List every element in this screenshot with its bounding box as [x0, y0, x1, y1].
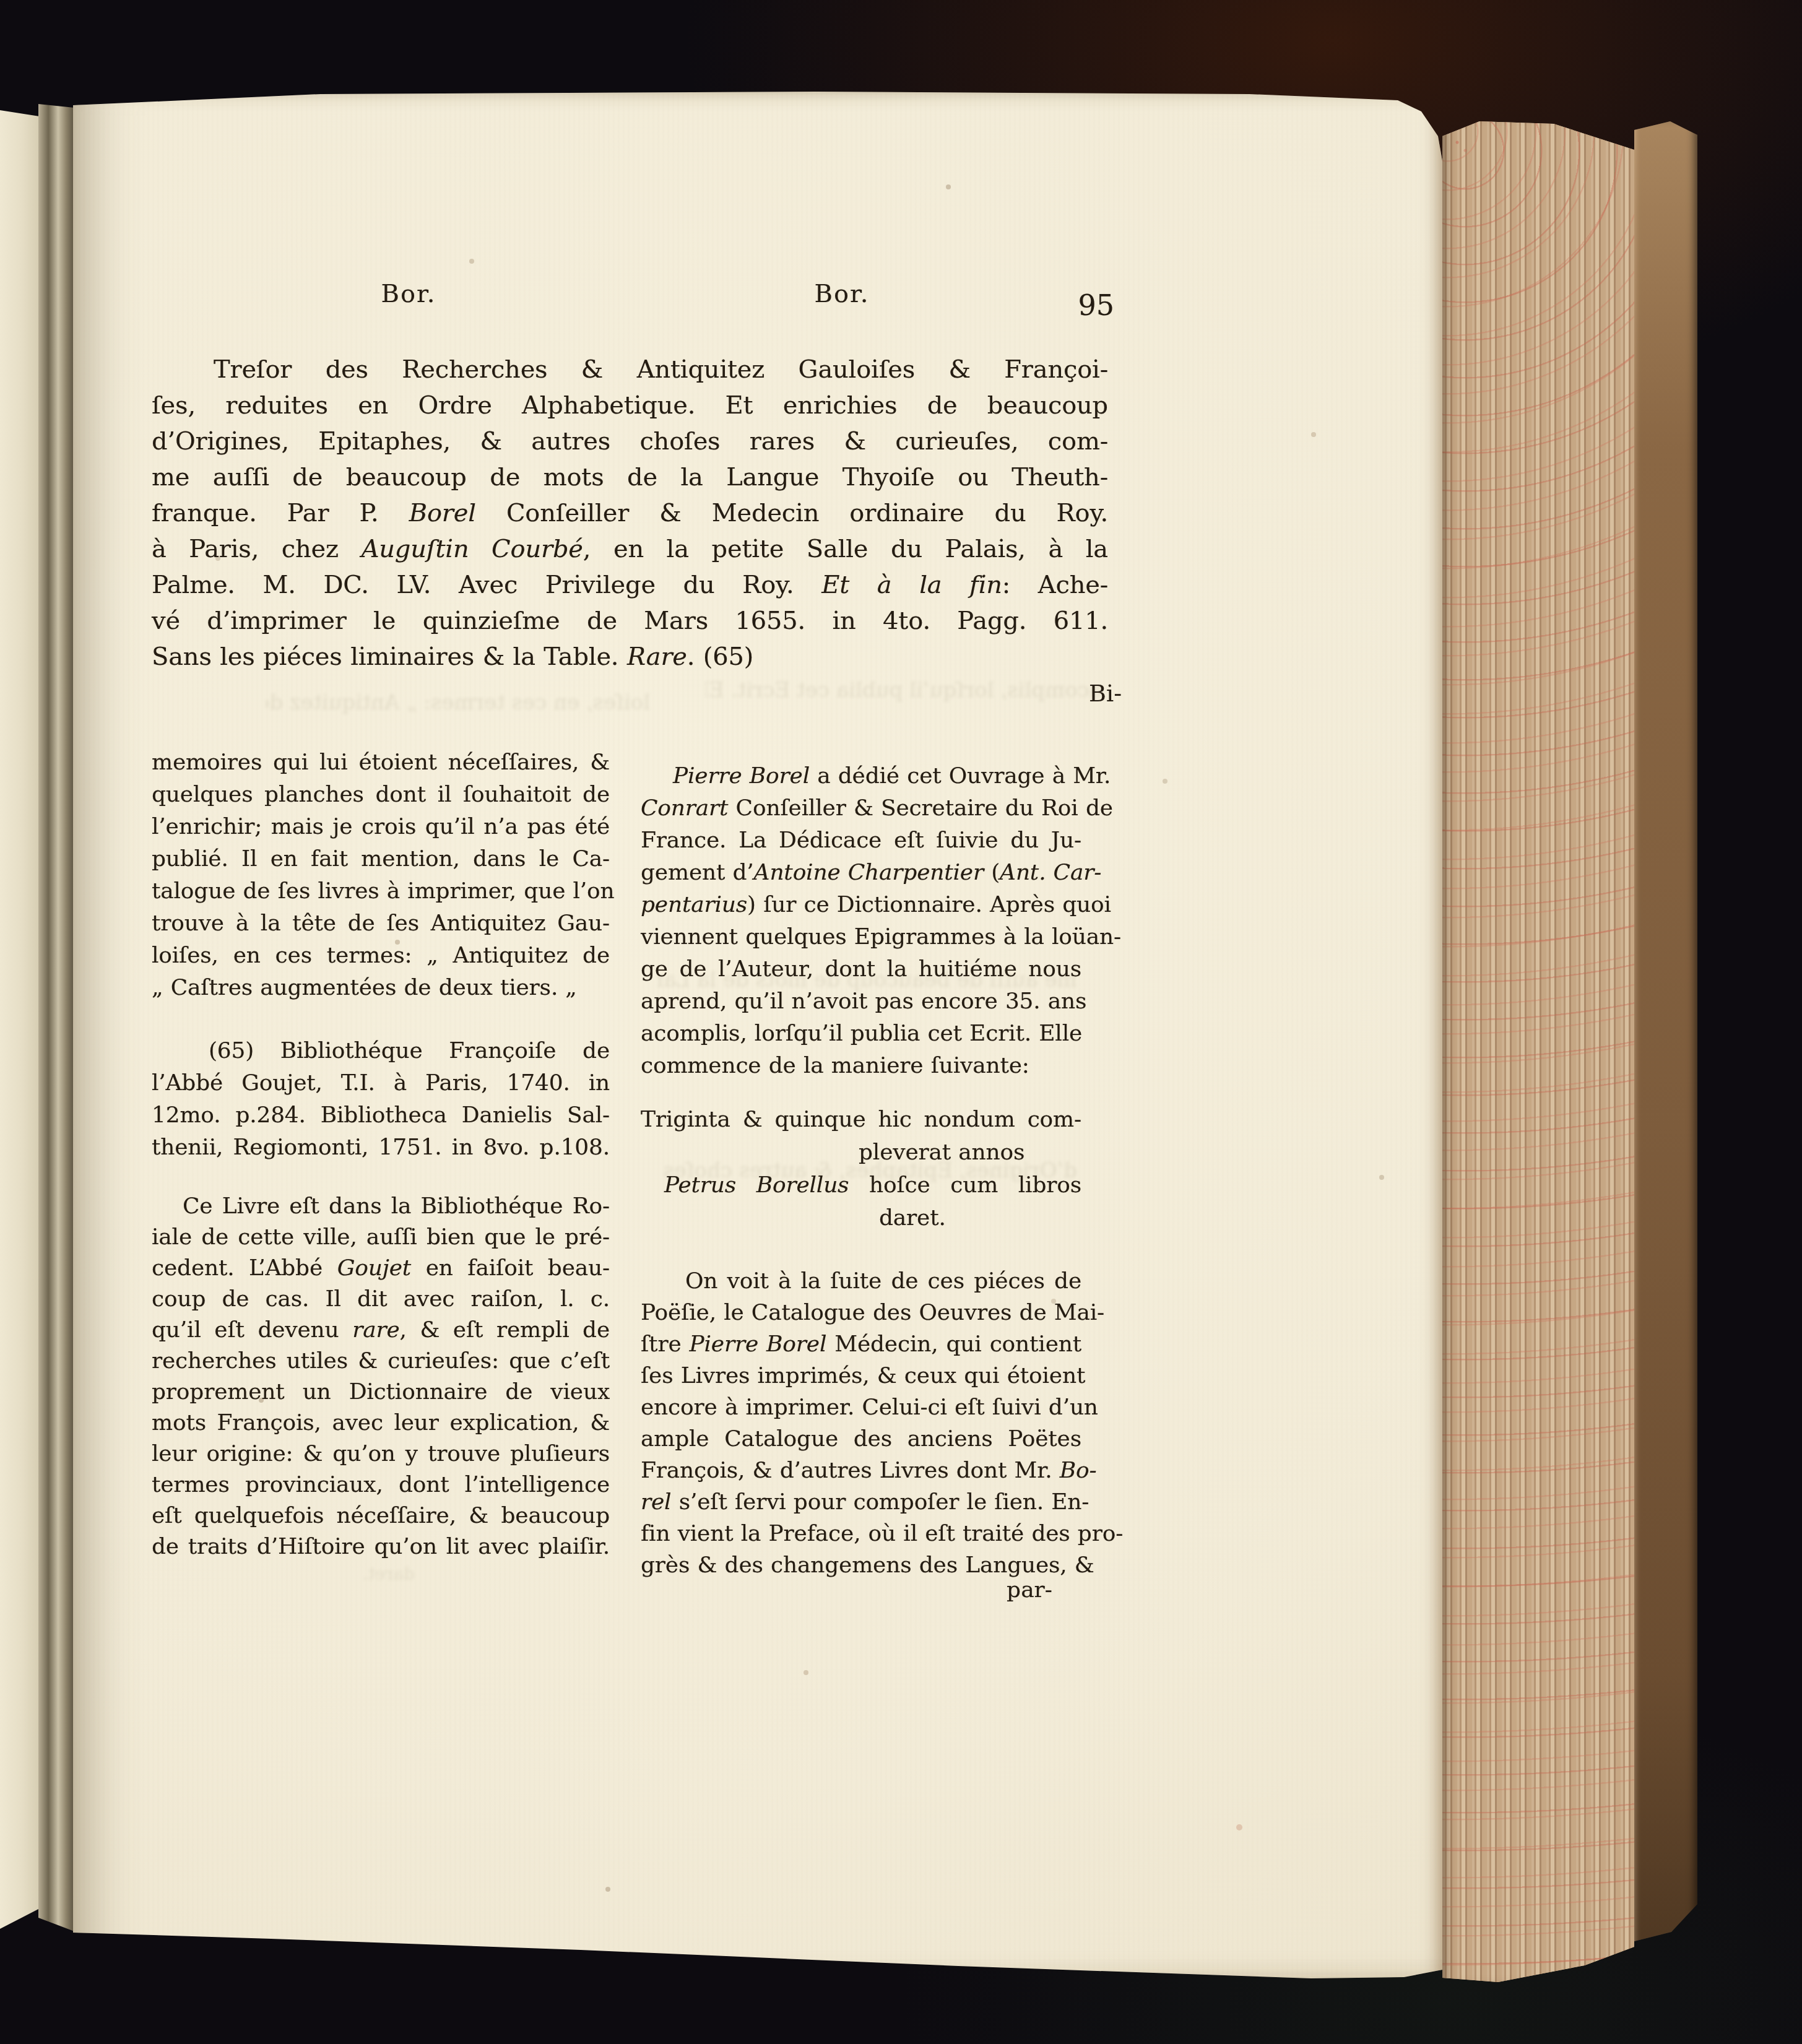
catchword-bi: Bi-: [998, 680, 1122, 707]
left-column-paragraph-1: memoires qui lui étoient néceſſaires, &q…: [152, 747, 610, 1004]
running-title-left: Bor.: [334, 280, 483, 308]
text-line: proprement un Dictionnaire de vieux: [152, 1377, 610, 1408]
text-line: publié. Il en fait mention, dans le Ca-: [152, 843, 610, 875]
text-line: France. La Dédicace eſt ſuivie du Ju-: [641, 825, 1081, 857]
text-line: commence de la maniere ſuivante:: [641, 1050, 1081, 1082]
text-line: eſt quelquefois néceſſaire, & beaucoup: [152, 1501, 610, 1531]
text-line: thenii, Regiomonti, 1751. in 8vo. p.108.: [152, 1132, 610, 1164]
bleedthrough-text: daret.: [155, 1560, 415, 1588]
left-column-footnote: (65) Bibliothéque Françoiſe del’Abbé Gou…: [152, 1035, 610, 1164]
text-line: fin vient la Preface, où il eſt traité d…: [641, 1518, 1081, 1549]
left-column-paragraph-2: Ce Livre eſt dans la Bibliothéque Ro-ial…: [152, 1191, 610, 1562]
running-title-right: Bor.: [768, 280, 916, 308]
text-line: ſes, reduites en Ordre Alphabetique. Et …: [152, 388, 1108, 423]
text-line: grès & des changemens des Langues, &: [641, 1549, 1081, 1581]
text-line: (65) Bibliothéque Françoiſe de: [152, 1035, 610, 1067]
text-line: Pierre Borel a dédié cet Ouvrage à Mr.: [641, 760, 1081, 792]
text-line: memoires qui lui étoient néceſſaires, &: [152, 747, 610, 779]
text-line: aprend, qu’il n’avoit pas encore 35. ans: [641, 985, 1081, 1018]
text-line: iale de cette ville, auſſi bien que le p…: [152, 1222, 610, 1253]
text-line: me auſſi de beaucoup de mots de la Langu…: [152, 459, 1108, 495]
text-line: François, & d’autres Livres dont Mr. Bo-: [641, 1455, 1081, 1486]
text-line: quelques planches dont il ſouhaitoit de: [152, 779, 610, 811]
text-line: trouve à la tête de ſes Antiquitez Gau-: [152, 907, 610, 940]
text-line: Ce Livre eſt dans la Bibliothéque Ro-: [152, 1191, 610, 1222]
text-line: Petrus Borellus hoſce cum libros: [641, 1169, 1081, 1202]
text-line: cedent. L’Abbé Goujet en faiſoit beau-: [152, 1253, 610, 1284]
text-line: loiſes, en ces termes: „ Antiquitez de: [152, 940, 610, 972]
entry-paragraph: Treſor des Recherches & Antiquitez Gaulo…: [152, 352, 1108, 675]
text-line: gement d’Antoine Charpentier (Ant. Car-: [641, 857, 1081, 889]
right-column-paragraph-2: On voit à la ſuite de ces piéces dePoëſi…: [641, 1265, 1081, 1581]
latin-verse: Triginta & quinque hic nondum com-plever…: [641, 1103, 1081, 1234]
text-line: acomplis, lorſqu’il publia cet Ecrit. El…: [641, 1018, 1081, 1050]
underlying-page-edge: [0, 110, 40, 1936]
text-line: rel s’eſt ſervi pour compoſer le ſien. E…: [641, 1486, 1081, 1518]
text-line: l’Abbé Goujet, T.I. à Paris, 1740. in: [152, 1067, 610, 1099]
text-line: ample Catalogue des anciens Poëtes: [641, 1423, 1081, 1455]
right-column-paragraph-1: Pierre Borel a dédié cet Ouvrage à Mr.Co…: [641, 760, 1081, 1082]
text-line: franque. Par P. Borel Conſeiller & Medec…: [152, 495, 1108, 531]
text-line: leur origine: & qu’on y trouve pluſieurs: [152, 1439, 610, 1470]
text-line: recherches utiles & curieuſes: que c’eſt: [152, 1346, 610, 1377]
text-line: termes provinciaux, dont l’intelligence: [152, 1470, 610, 1501]
page-number: 95: [1040, 288, 1114, 322]
paper-specks: [0, 0, 2, 2]
gutter-crease: [38, 104, 74, 1940]
text-line: ſtre Pierre Borel Médecin, qui contient: [641, 1328, 1081, 1360]
text-line: Conrart Conſeiller & Secretaire du Roi d…: [641, 792, 1081, 825]
text-line: On voit à la ſuite de ces piéces de: [641, 1265, 1081, 1297]
text-line: d’Origines, Epitaphes, & autres choſes r…: [152, 423, 1108, 459]
text-line: pentarius) ſur ce Dictionnaire. Après qu…: [641, 889, 1081, 921]
text-line: mots François, avec leur explication, &: [152, 1408, 610, 1439]
text-line: qu’il eſt devenu rare, & eſt rempli de: [152, 1315, 610, 1346]
text-line: encore à imprimer. Celui-ci eſt ſuivi d’…: [641, 1392, 1081, 1423]
text-line: ge de l’Auteur, dont la huitiéme nous: [641, 953, 1081, 985]
text-line: daret.: [641, 1202, 1081, 1234]
text-line: coup de cas. Il dit avec raiſon, l. c.: [152, 1284, 610, 1315]
text-line: viennent quelques Epigrammes à la loüan-: [641, 921, 1081, 953]
book-photo: loiſes, en ces termes: „ Antiquitez de a…: [0, 0, 1802, 2044]
text-line: de traits d’Hiſtoire qu’on lit avec plai…: [152, 1531, 610, 1562]
text-line: l’enrichir; mais je crois qu’il n’a pas …: [152, 811, 610, 843]
text-line: Sans les piéces liminaires & la Table. R…: [152, 639, 1108, 675]
catchword-par: par-: [929, 1577, 1052, 1603]
text-line: talogue de ſes livres à imprimer, que l’…: [152, 875, 610, 907]
text-line: vé d’imprimer le quinzieſme de Mars 1655…: [152, 603, 1108, 639]
text-line: ſes Livres imprimés, & ceux qui étoient: [641, 1360, 1081, 1392]
text-line: Treſor des Recherches & Antiquitez Gaulo…: [152, 352, 1108, 388]
text-line: Poëſie, le Catalogue des Oeuvres de Mai-: [641, 1297, 1081, 1328]
text-line: à Paris, chez Auguſtin Courbé, en la pet…: [152, 531, 1108, 567]
text-line: „ Caſtres augmentées de deux tiers. „: [152, 972, 610, 1004]
text-line: 12mo. p.284. Bibliotheca Danielis Sal-: [152, 1099, 610, 1132]
bleedthrough-text: loiſes, en ces termes: „ Antiquitez de: [266, 688, 650, 717]
text-line: Palme. M. DC. LV. Avec Privilege du Roy.…: [152, 567, 1108, 603]
cover-board-edge: [1634, 121, 1697, 1949]
text-line: Triginta & quinque hic nondum com-: [641, 1103, 1081, 1136]
text-line: pleverat annos: [641, 1136, 1081, 1169]
fore-edge-page-block: [1442, 118, 1634, 1984]
